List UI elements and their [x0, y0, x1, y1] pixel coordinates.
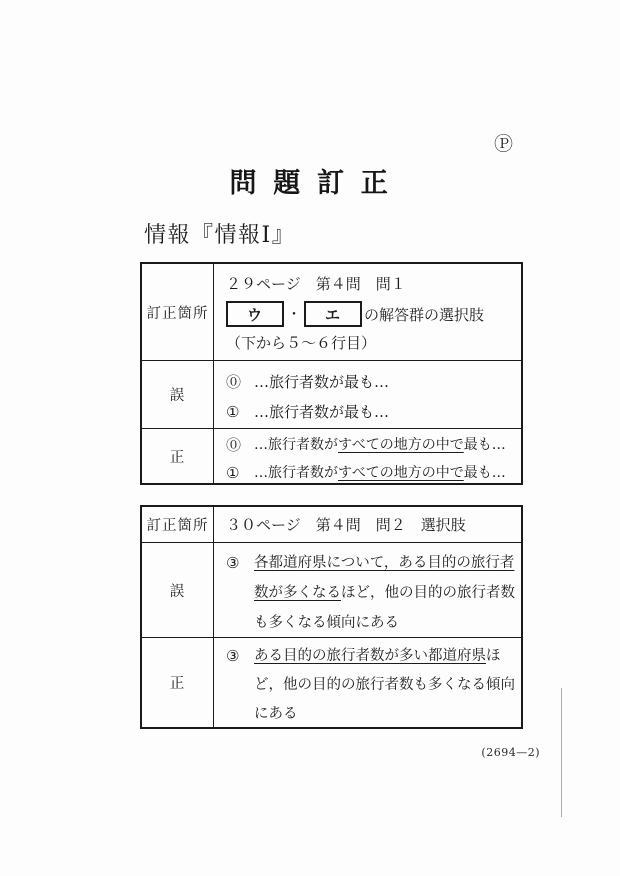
location-cell: ２９ページ 第４問 問１ ウ ・ エ の解答群の選択肢 （下から５～６行目） — [214, 264, 521, 360]
choice-text-underlined: すべての地方の中で — [338, 437, 464, 453]
answer-box-e: エ — [304, 301, 362, 327]
choice-item: ③ ある目的の旅行者数が多い都道府県ほど，他の目的の旅行者数も多くなる傾向にある — [226, 642, 515, 729]
choice-text: …旅行者数が最も… — [254, 397, 515, 427]
table-row-correct: 正 ③ ある目的の旅行者数が多い都道府県ほど，他の目的の旅行者数も多くなる傾向に… — [142, 637, 521, 727]
circled-digit-marker: ③ — [226, 548, 254, 638]
page-container: { "page": { "p_mark": "Ⓟ", "title": "問題訂… — [0, 0, 620, 876]
circled-digit-marker: ⓪ — [226, 431, 254, 459]
choice-text-pre: …旅行者数が — [254, 437, 338, 453]
choice-text-post: 最も… — [464, 437, 506, 453]
circled-digit-marker: ① — [226, 397, 254, 427]
location-line-3: （下から５～６行目） — [226, 329, 515, 358]
choice-item: ① …旅行者数が最も… — [226, 397, 515, 427]
choice-text-pre: …旅行者数が — [254, 465, 338, 481]
choice-item: ① …旅行者数がすべての地方の中で最も… — [226, 459, 515, 487]
location-line-1: ２９ページ 第４問 問１ — [226, 270, 515, 299]
circled-digit-marker: ⓪ — [226, 367, 254, 397]
table-row-location: 訂正箇所 ２９ページ 第４問 問１ ウ ・ エ の解答群の選択肢 （下から５～６… — [142, 264, 521, 360]
choice-text-post: 最も… — [464, 465, 506, 481]
choice-text-underlined: ある目的の旅行者数が多い都道府県 — [254, 648, 486, 664]
table-row-location: 訂正箇所 ３０ページ 第４問 問２ 選択肢 — [142, 507, 521, 542]
row-header-location: 訂正箇所 — [142, 264, 214, 360]
correction-table-1: 訂正箇所 ２９ページ 第４問 問１ ウ ・ エ の解答群の選択肢 （下から５～６… — [140, 262, 523, 485]
choice-text: …旅行者数がすべての地方の中で最も… — [254, 431, 515, 459]
choice-text: …旅行者数がすべての地方の中で最も… — [254, 459, 515, 487]
choice-item: ③ 各都道府県について，ある目的の旅行者数が多くなるほど，他の目的の旅行者数も多… — [226, 548, 515, 638]
p-mark: Ⓟ — [494, 129, 513, 156]
choice-text: ある目的の旅行者数が多い都道府県ほど，他の目的の旅行者数も多くなる傾向にある — [254, 642, 515, 729]
choice-item: ⓪ …旅行者数が最も… — [226, 367, 515, 397]
choice-text: …旅行者数が最も… — [254, 367, 515, 397]
answer-box-u: ウ — [226, 301, 284, 327]
row-header-correct: 正 — [142, 638, 214, 727]
row-header-correct: 正 — [142, 429, 214, 483]
correct-cell: ⓪ …旅行者数がすべての地方の中で最も… ① …旅行者数がすべての地方の中で最も… — [214, 429, 521, 483]
table-row-wrong: 誤 ③ 各都道府県について，ある目的の旅行者数が多くなるほど，他の目的の旅行者数… — [142, 542, 521, 637]
row-header-wrong: 誤 — [142, 361, 214, 428]
row-header-location: 訂正箇所 — [142, 507, 214, 542]
location-line-2: ウ ・ エ の解答群の選択肢 — [226, 299, 515, 329]
correct-cell: ③ ある目的の旅行者数が多い都道府県ほど，他の目的の旅行者数も多くなる傾向にある — [214, 638, 521, 727]
answer-group-label: の解答群の選択肢 — [364, 304, 484, 325]
correction-table-2: 訂正箇所 ３０ページ 第４問 問２ 選択肢 誤 ③ 各都道府県について，ある目的… — [140, 505, 523, 729]
table-row-correct: 正 ⓪ …旅行者数がすべての地方の中で最も… ① …旅行者数がすべての地方の中で… — [142, 428, 521, 483]
location-line-1: ３０ページ 第４問 問２ 選択肢 — [226, 514, 466, 535]
circled-digit-marker: ③ — [226, 642, 254, 729]
choice-text-underlined: すべての地方の中で — [338, 465, 464, 481]
wrong-cell: ③ 各都道府県について，ある目的の旅行者数が多くなるほど，他の目的の旅行者数も多… — [214, 543, 521, 637]
page-code: (2694—2) — [430, 746, 540, 759]
page-title: 問題訂正 — [7, 161, 620, 200]
choice-text: 各都道府県について，ある目的の旅行者数が多くなるほど，他の目的の旅行者数も多くな… — [254, 548, 515, 638]
subject-heading: 情報『情報Ⅰ』 — [144, 218, 295, 249]
interpunct-separator: ・ — [287, 304, 301, 324]
table-row-wrong: 誤 ⓪ …旅行者数が最も… ① …旅行者数が最も… — [142, 360, 521, 428]
wrong-cell: ⓪ …旅行者数が最も… ① …旅行者数が最も… — [214, 361, 521, 428]
location-cell: ３０ページ 第４問 問２ 選択肢 — [214, 507, 521, 542]
circled-digit-marker: ① — [226, 459, 254, 487]
choice-item: ⓪ …旅行者数がすべての地方の中で最も… — [226, 431, 515, 459]
row-header-wrong: 誤 — [142, 543, 214, 637]
scan-artifact-line — [561, 688, 562, 817]
